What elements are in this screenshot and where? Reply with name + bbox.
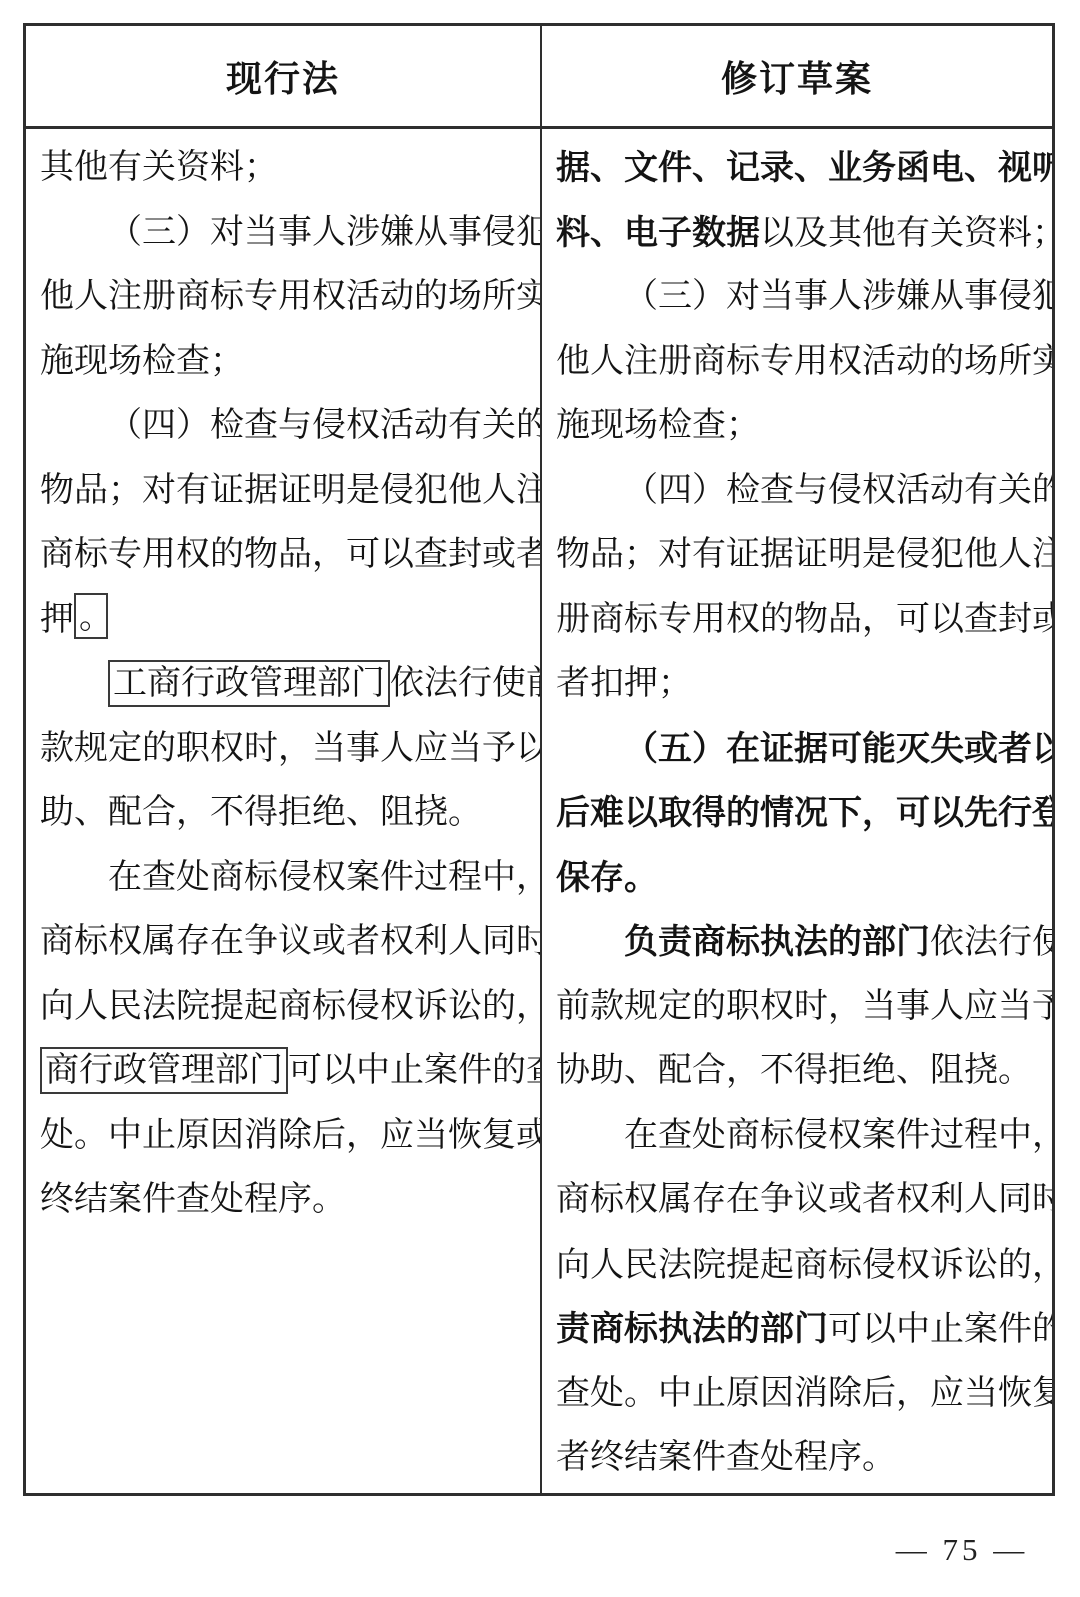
column-header-current-law: 现行法: [26, 26, 542, 129]
text-line: 款规定的职权时，当事人应当予以协: [40, 717, 526, 782]
text-line: 施现场检查；: [40, 330, 526, 395]
text-segment: 依法行使: [930, 924, 1052, 961]
page-number: — 75 —: [872, 1532, 1052, 1568]
text-line: 工商行政管理部门依法行使前: [40, 652, 526, 717]
bold-revised-text: 负责商标执法的部门: [624, 923, 930, 961]
text-line: 料、电子数据以及其他有关资料；: [556, 201, 1038, 266]
text-line: （五）在证据可能灭失或者以: [556, 717, 1038, 782]
text-line: 物品；对有证据证明是侵犯他人注: [556, 523, 1038, 588]
text-line: 物品；对有证据证明是侵犯他人注册: [40, 459, 526, 524]
text-line: 向人民法院提起商标侵权诉讼的，工: [40, 975, 526, 1040]
text-line: 查处。中止原因消除后，应当恢复或: [556, 1362, 1038, 1427]
text-line: 者终结案件查处程序。: [556, 1426, 1038, 1491]
text-segment: 者扣押；: [556, 665, 692, 702]
bold-revised-text: 料、电子数据: [556, 214, 760, 252]
text-segment: 前款规定的职权时，当事人应当予以: [556, 988, 1052, 1025]
text-segment: （三）对当事人涉嫌从事侵犯: [624, 278, 1052, 315]
text-line: 其他有关资料；: [40, 136, 526, 201]
text-segment: 他人注册商标专用权活动的场所实: [556, 343, 1052, 380]
text-line: 处。中止原因消除后，应当恢复或者: [40, 1104, 526, 1169]
text-line: 后难以取得的情况下，可以先行登记: [556, 781, 1038, 846]
text-segment: 他人注册商标专用权活动的场所实: [40, 278, 542, 315]
text-line: 商标权属存在争议或者权利人同时: [556, 1168, 1038, 1233]
text-line: 在查处商标侵权案件过程中，对: [40, 846, 526, 911]
text-segment: 款规定的职权时，当事人应当予以协: [40, 730, 542, 767]
text-segment: 处。中止原因消除后，应当恢复或者: [40, 1117, 542, 1154]
bold-revised-text: 据、文件、记录、业务函电、视听资: [556, 149, 1052, 187]
text-segment: 终结案件查处程序。: [40, 1181, 346, 1218]
text-segment: 者终结案件查处程序。: [556, 1439, 896, 1476]
bold-revised-text: 后难以取得的情况下，可以先行登记: [556, 794, 1052, 832]
text-segment: 其他有关资料；: [40, 149, 278, 186]
text-segment: 施现场检查；: [556, 407, 760, 444]
text-line: 协助、配合，不得拒绝、阻挠。: [556, 1039, 1038, 1104]
text-line: 负责商标执法的部门依法行使: [556, 910, 1038, 975]
text-segment: 向人民法院提起商标侵权诉讼的，: [556, 1247, 1052, 1284]
text-segment: 押: [40, 601, 74, 638]
text-segment: 协助、配合，不得拒绝、阻挠。: [556, 1052, 1032, 1089]
comparison-table: 现行法 修订草案 其他有关资料；（三）对当事人涉嫌从事侵犯他人注册商标专用权活动…: [23, 23, 1055, 1496]
text-segment: （四）检查与侵权活动有关的: [108, 407, 542, 444]
text-segment: 可以中止案件的查: [288, 1052, 542, 1089]
text-line: （四）检查与侵权活动有关的: [40, 394, 526, 459]
text-line: 商标权属存在争议或者权利人同时: [40, 910, 526, 975]
text-line: 他人注册商标专用权活动的场所实: [556, 330, 1038, 395]
text-line: 册商标专用权的物品，可以查封或: [556, 588, 1038, 653]
text-line: 责商标执法的部门可以中止案件的: [556, 1297, 1038, 1362]
text-segment: （三）对当事人涉嫌从事侵犯: [108, 214, 542, 251]
text-segment: 可以中止案件的: [828, 1311, 1052, 1348]
text-segment: 册商标专用权的物品，可以查封或: [556, 601, 1052, 638]
text-line: 者扣押；: [556, 652, 1038, 717]
text-line: 他人注册商标专用权活动的场所实: [40, 265, 526, 330]
text-segment: 以及其他有关资料；: [760, 215, 1052, 252]
current-law-column-body: 其他有关资料；（三）对当事人涉嫌从事侵犯他人注册商标专用权活动的场所实施现场检查…: [26, 129, 542, 1493]
text-line: （三）对当事人涉嫌从事侵犯: [40, 201, 526, 266]
text-line: 商标专用权的物品，可以查封或者扣: [40, 523, 526, 588]
text-line: 向人民法院提起商标侵权诉讼的，负: [556, 1233, 1038, 1298]
text-line: 前款规定的职权时，当事人应当予以: [556, 975, 1038, 1040]
text-segment: 向人民法院提起商标侵权诉讼的，: [40, 988, 542, 1025]
text-line: 据、文件、记录、业务函电、视听资: [556, 136, 1038, 201]
text-segment: （四）检查与侵权活动有关的: [624, 472, 1052, 509]
text-segment: 查处。中止原因消除后，应当恢复或: [556, 1375, 1052, 1412]
text-line: （四）检查与侵权活动有关的: [556, 459, 1038, 524]
boxed-deleted-punctuation: 。: [74, 593, 108, 639]
text-segment: 物品；对有证据证明是侵犯他人注册: [40, 472, 542, 509]
text-line: 助、配合，不得拒绝、阻挠。: [40, 781, 526, 846]
text-segment: 商标专用权的物品，可以查封或者扣: [40, 536, 542, 573]
text-line: 保存。: [556, 846, 1038, 911]
text-segment: 商标权属存在争议或者权利人同时: [40, 923, 542, 960]
boxed-deleted-text: 商行政管理部门: [40, 1047, 288, 1094]
text-line: 终结案件查处程序。: [40, 1168, 526, 1233]
text-line: 商行政管理部门可以中止案件的查: [40, 1039, 526, 1104]
text-segment: 物品；对有证据证明是侵犯他人注: [556, 536, 1052, 573]
bold-revised-text: 保存。: [556, 859, 658, 897]
text-line: 施现场检查；: [556, 394, 1038, 459]
revision-draft-column-body: 据、文件、记录、业务函电、视听资料、电子数据以及其他有关资料；（三）对当事人涉嫌…: [542, 129, 1052, 1493]
text-segment: 施现场检查；: [40, 343, 244, 380]
text-line: 在查处商标侵权案件过程中，对: [556, 1104, 1038, 1169]
boxed-deleted-text: 工商行政管理部门: [108, 660, 390, 707]
text-line: 押。: [40, 588, 526, 653]
document-page: 现行法 修订草案 其他有关资料；（三）对当事人涉嫌从事侵犯他人注册商标专用权活动…: [0, 0, 1080, 1597]
text-line: （三）对当事人涉嫌从事侵犯: [556, 265, 1038, 330]
text-segment: 商标权属存在争议或者权利人同时: [556, 1181, 1052, 1218]
bold-revised-text: 责商标执法的部门: [556, 1310, 828, 1348]
text-segment: 在查处商标侵权案件过程中，对: [624, 1117, 1052, 1154]
text-segment: 在查处商标侵权案件过程中，对: [108, 859, 542, 896]
bold-revised-text: （五）在证据可能灭失或者以: [624, 730, 1052, 768]
text-segment: 依法行使前: [390, 665, 542, 702]
column-header-revision-draft: 修订草案: [542, 26, 1052, 129]
text-segment: 助、配合，不得拒绝、阻挠。: [40, 794, 482, 831]
